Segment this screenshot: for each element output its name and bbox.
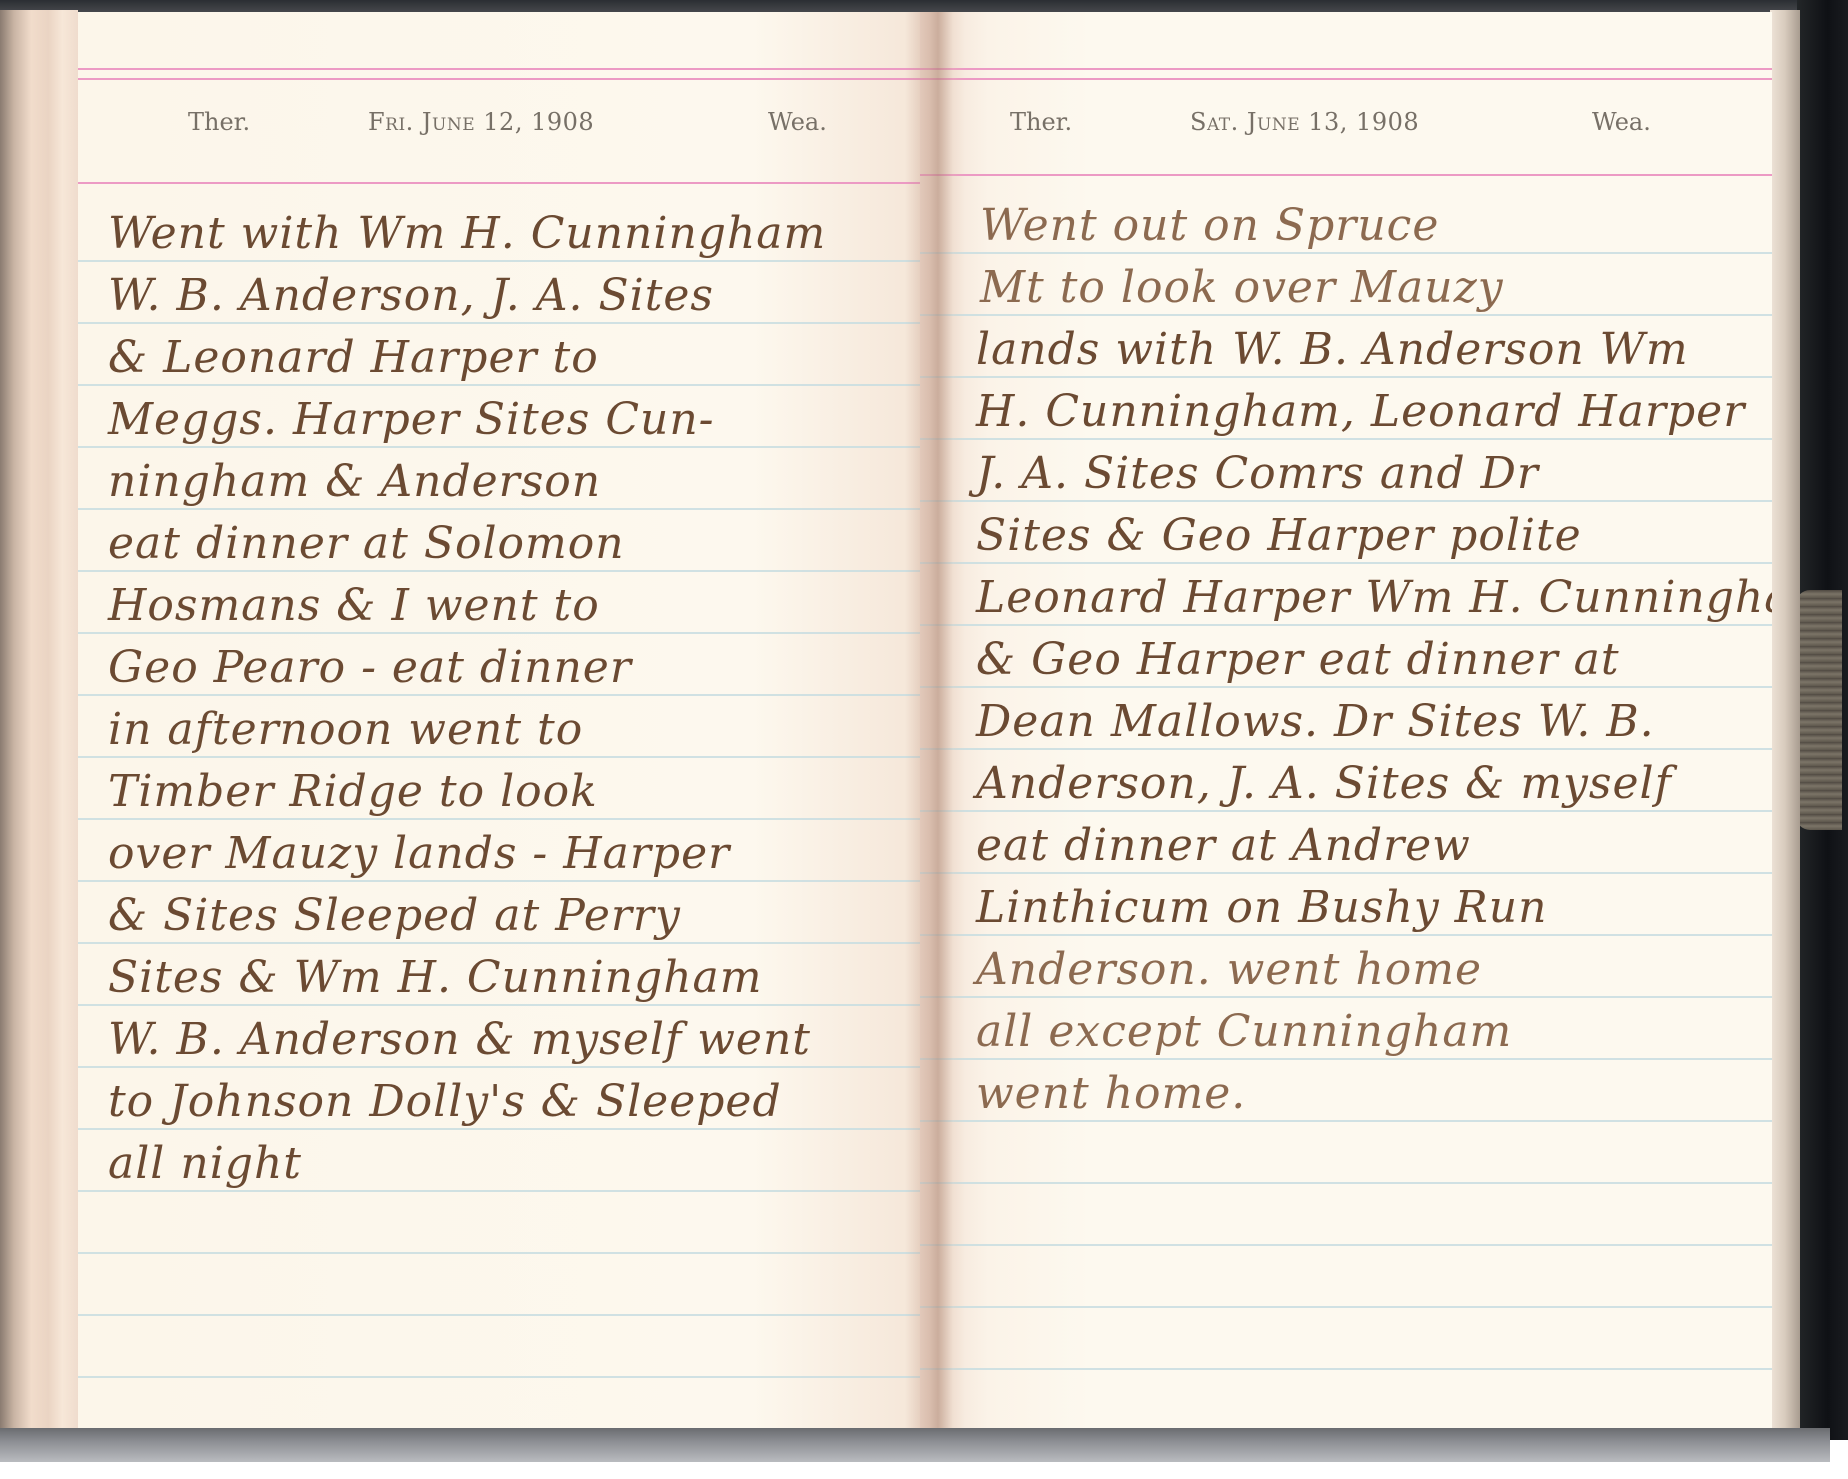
ruled-line bbox=[78, 1004, 920, 1006]
page-date: Sat. June 13, 1908 bbox=[1190, 108, 1419, 136]
ruled-line bbox=[78, 694, 920, 696]
ruled-line bbox=[920, 314, 1772, 316]
ruled-line bbox=[78, 880, 920, 882]
ruled-line bbox=[920, 934, 1772, 936]
page-date: Fri. June 12, 1908 bbox=[368, 108, 594, 136]
handwritten-line: W. B. Anderson, J. A. Sites bbox=[108, 274, 714, 318]
handwritten-line: Anderson. went home bbox=[976, 948, 1482, 992]
ruled-line bbox=[920, 996, 1772, 998]
ruled-line bbox=[78, 1376, 920, 1378]
ther-label: Ther. bbox=[1010, 108, 1072, 136]
header-rule-top-double bbox=[920, 78, 1772, 80]
handwritten-line: Went out on Spruce bbox=[980, 204, 1439, 248]
ruled-line bbox=[78, 632, 920, 634]
ruled-line bbox=[78, 1066, 920, 1068]
handwritten-line: Anderson, J. A. Sites & myself bbox=[976, 762, 1672, 806]
ruled-line bbox=[920, 438, 1772, 440]
ruled-line bbox=[920, 748, 1772, 750]
ruled-line bbox=[920, 1244, 1772, 1246]
ruled-line bbox=[920, 872, 1772, 874]
wea-label: Wea. bbox=[768, 108, 827, 136]
handwritten-line: Mt to look over Mauzy bbox=[980, 266, 1504, 310]
handwritten-line: ningham & Anderson bbox=[108, 460, 601, 504]
handwritten-line: all except Cunningham bbox=[976, 1010, 1512, 1054]
handwritten-line: Linthicum on Bushy Run bbox=[976, 886, 1547, 930]
handwritten-line: J. A. Sites Comrs and Dr bbox=[976, 452, 1539, 496]
handwritten-line: eat dinner at Solomon bbox=[108, 522, 625, 566]
header-rule-bottom bbox=[920, 174, 1772, 176]
header-rule-top bbox=[78, 68, 920, 70]
left-page: Ther. Fri. June 12, 1908 Wea. Went with … bbox=[78, 12, 920, 1428]
ruled-line bbox=[78, 570, 920, 572]
ruled-line bbox=[78, 260, 920, 262]
ruled-line bbox=[78, 1128, 920, 1130]
ruled-line bbox=[78, 322, 920, 324]
header-rule-bottom bbox=[78, 182, 920, 184]
ther-label: Ther. bbox=[188, 108, 250, 136]
ruled-line bbox=[920, 1182, 1772, 1184]
ruled-line bbox=[920, 1120, 1772, 1122]
ruled-line bbox=[920, 1058, 1772, 1060]
right-page-header: Ther. Sat. June 13, 1908 Wea. bbox=[920, 108, 1772, 148]
ruled-line bbox=[920, 686, 1772, 688]
handwritten-line: & Sites Sleeped at Perry bbox=[108, 894, 681, 938]
handwritten-line: Geo Pearo - eat dinner bbox=[108, 646, 632, 690]
ruled-line bbox=[78, 508, 920, 510]
book-cover-bottom-edge bbox=[0, 1428, 1830, 1462]
ruled-line bbox=[78, 446, 920, 448]
ruled-line bbox=[920, 624, 1772, 626]
ruled-line bbox=[78, 1314, 920, 1316]
page-block-edge-right bbox=[1770, 10, 1800, 1430]
handwritten-line: W. B. Anderson & myself went bbox=[108, 1018, 811, 1062]
handwritten-line: Sites & Geo Harper polite bbox=[976, 514, 1582, 558]
handwritten-line: Hosmans & I went to bbox=[108, 584, 600, 628]
handwritten-line: eat dinner at Andrew bbox=[976, 824, 1471, 868]
ruled-line bbox=[920, 376, 1772, 378]
ruled-line bbox=[920, 810, 1772, 812]
header-rule-top-double bbox=[78, 78, 920, 80]
ruled-line bbox=[78, 942, 920, 944]
handwritten-line: Sites & Wm H. Cunningham bbox=[108, 956, 762, 1000]
handwritten-line: H. Cunningham, Leonard Harper bbox=[976, 390, 1745, 434]
handwritten-line: to Johnson Dolly's & Sleeped bbox=[108, 1080, 782, 1124]
handwritten-line: Meggs. Harper Sites Cun- bbox=[108, 398, 715, 442]
handwritten-line: all night bbox=[108, 1142, 302, 1186]
handwritten-line: over Mauzy lands - Harper bbox=[108, 832, 730, 876]
ruled-line bbox=[920, 562, 1772, 564]
handwritten-line: Went with Wm H. Cunningham bbox=[108, 212, 826, 256]
ruled-line bbox=[78, 1252, 920, 1254]
ruled-line bbox=[78, 818, 920, 820]
ruled-line bbox=[920, 1306, 1772, 1308]
left-page-header: Ther. Fri. June 12, 1908 Wea. bbox=[78, 108, 920, 148]
handwritten-line: Timber Ridge to look bbox=[108, 770, 598, 814]
header-rule-top bbox=[920, 68, 1772, 70]
ruled-line bbox=[78, 1190, 920, 1192]
ruled-line bbox=[78, 756, 920, 758]
handwritten-line: went home. bbox=[976, 1072, 1246, 1116]
ruled-line bbox=[920, 1368, 1772, 1370]
wea-label: Wea. bbox=[1592, 108, 1651, 136]
handwritten-line: & Geo Harper eat dinner at bbox=[976, 638, 1620, 682]
ruled-line bbox=[920, 252, 1772, 254]
diary-scan: Ther. Fri. June 12, 1908 Wea. Went with … bbox=[0, 0, 1848, 1479]
handwritten-line: in afternoon went to bbox=[108, 708, 583, 752]
handwritten-line: lands with W. B. Anderson Wm bbox=[976, 328, 1689, 372]
right-page: Ther. Sat. June 13, 1908 Wea. Went out o… bbox=[920, 12, 1772, 1428]
ruled-line bbox=[78, 384, 920, 386]
handwritten-line: Dean Mallows. Dr Sites W. B. bbox=[976, 700, 1655, 744]
handwritten-line: & Leonard Harper to bbox=[108, 336, 599, 380]
ruled-line bbox=[920, 500, 1772, 502]
handwritten-line: Leonard Harper Wm H. Cunningham bbox=[976, 576, 1772, 620]
page-block-edge-left bbox=[0, 10, 78, 1430]
book-clasp bbox=[1796, 590, 1842, 830]
